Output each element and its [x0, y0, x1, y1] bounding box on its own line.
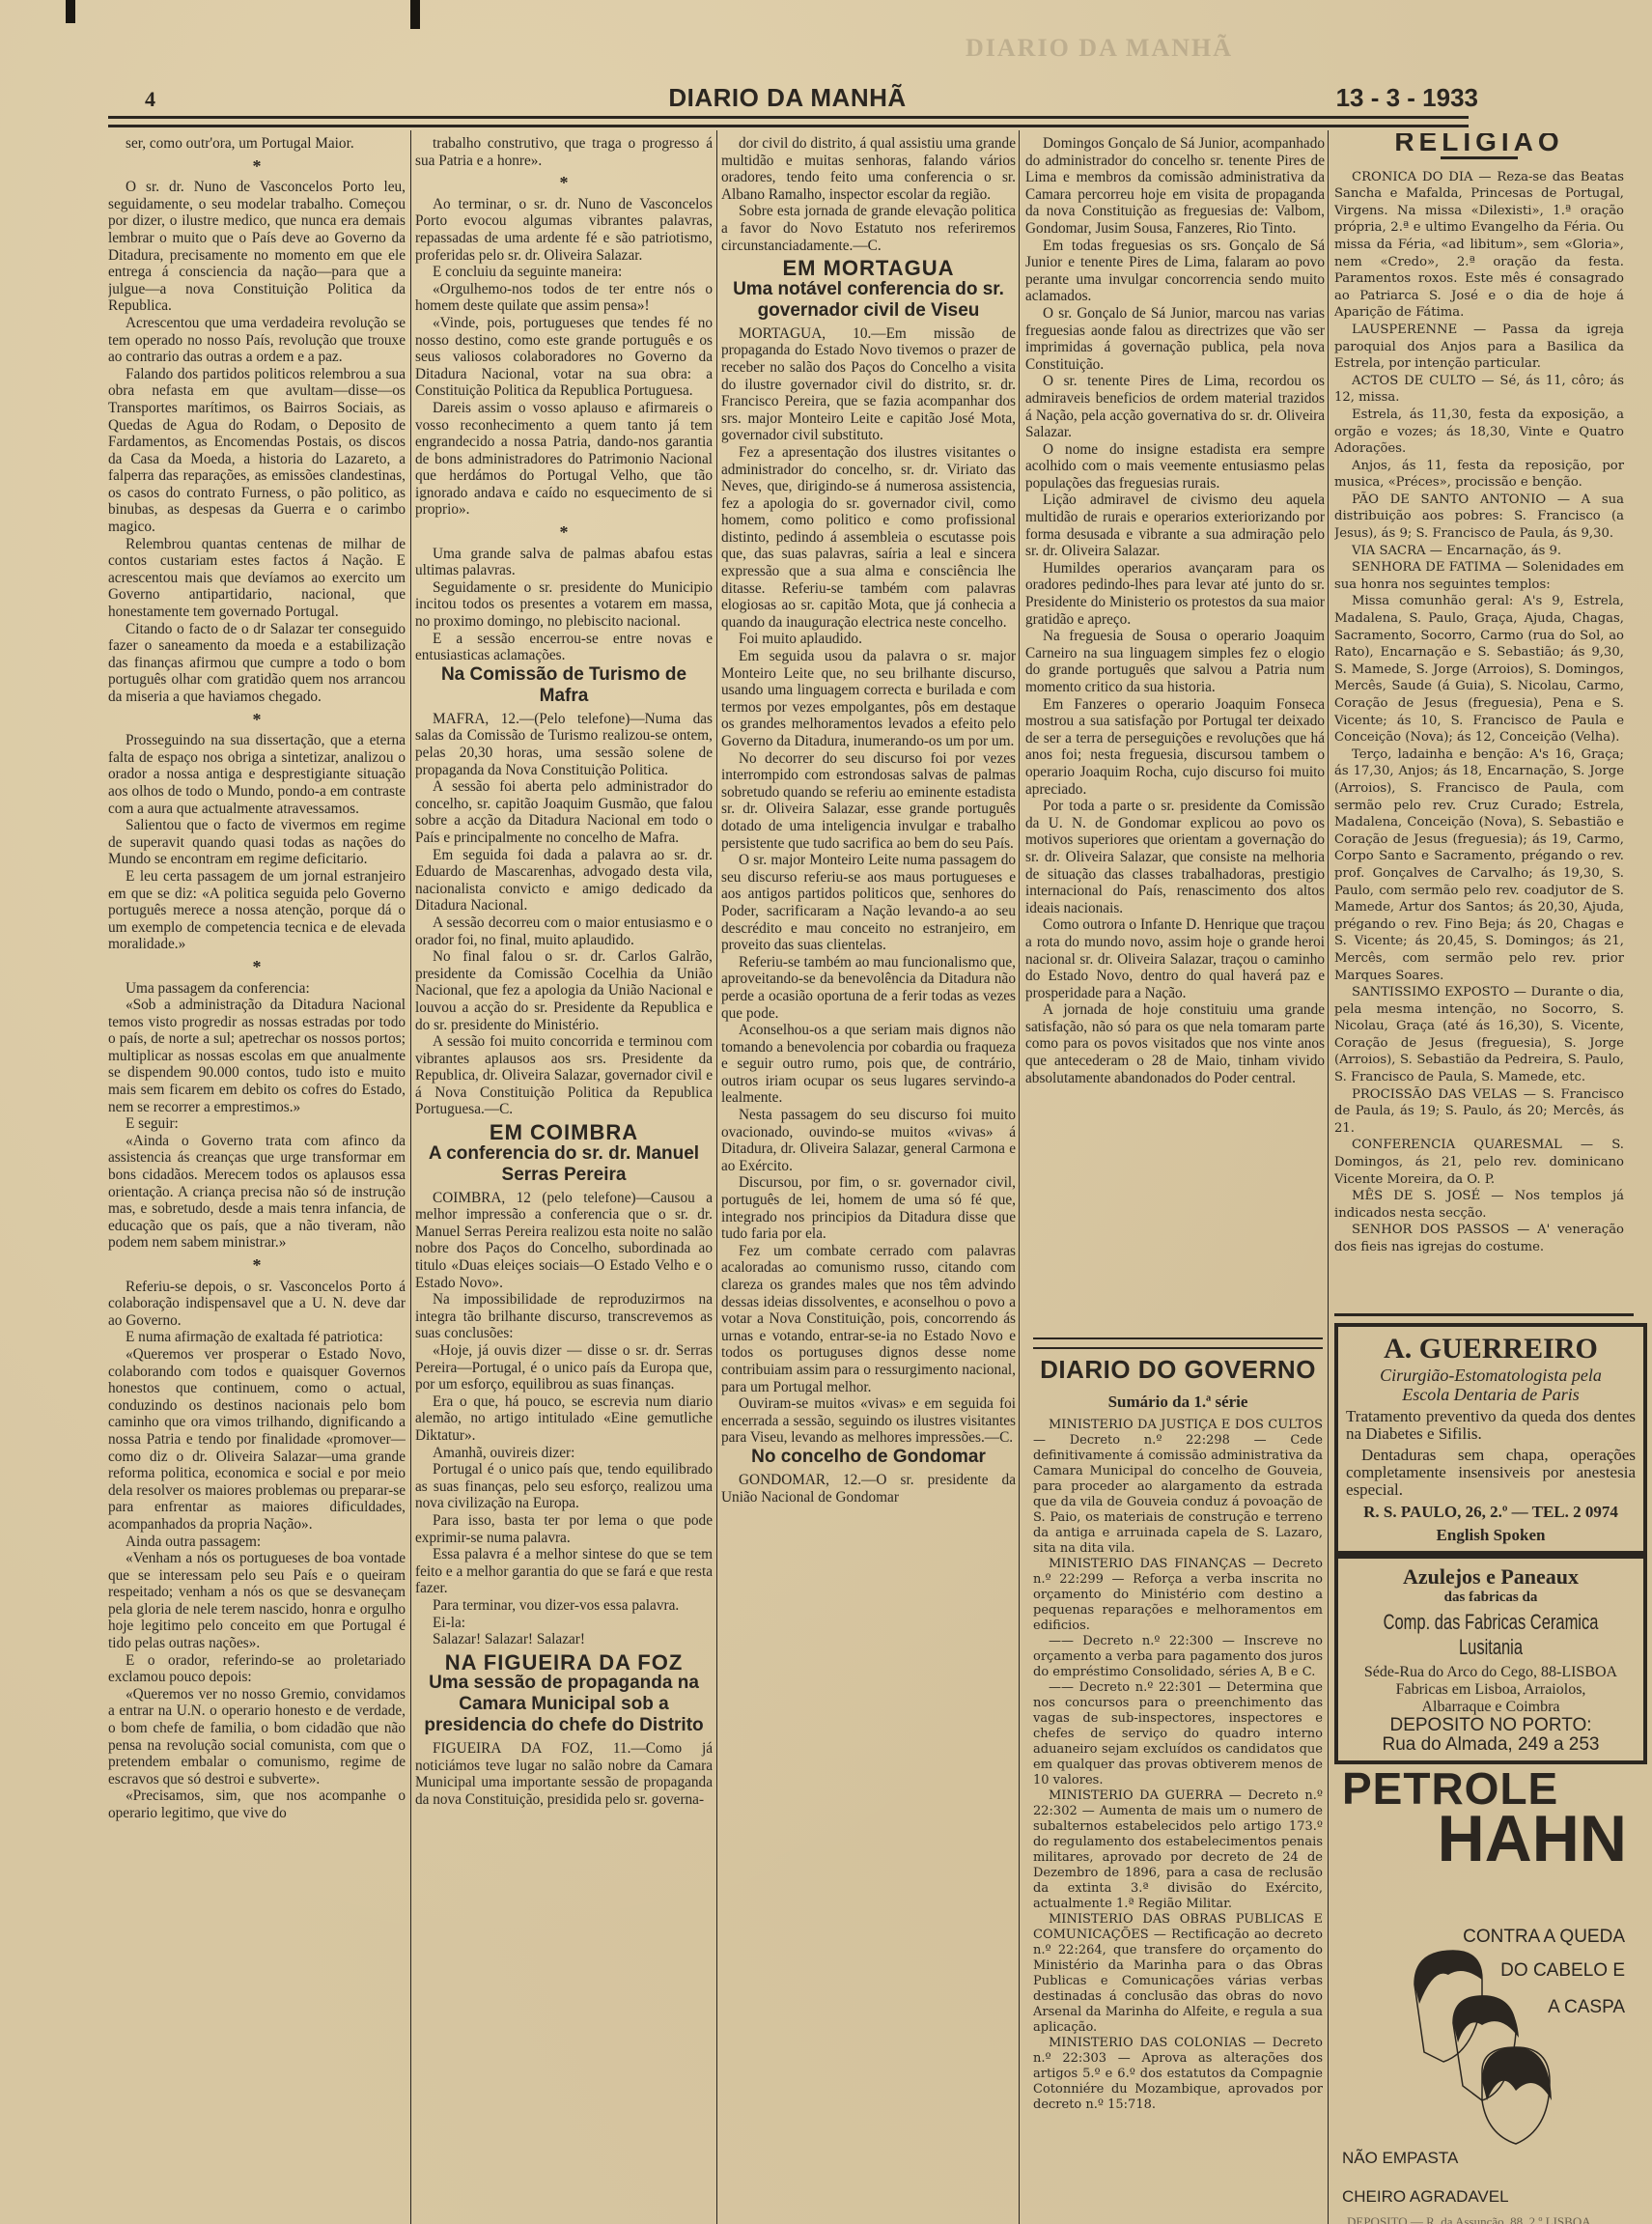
paragraph: Uma passagem da conferencia: [108, 980, 406, 998]
paragraph: No decorrer do seu discurso foi por veze… [721, 750, 1016, 853]
section-subtitle: Sumário da 1.ª série [1033, 1393, 1323, 1412]
column-divider [716, 130, 717, 2224]
paragraph: E o orador, referindo-se ao proletariado… [108, 1652, 406, 1686]
advertisement-azulejos: Azulejos e Paneaux das fabricas da Comp.… [1334, 1555, 1647, 1764]
paragraph: A sessão foi muito concorrida e terminou… [415, 1033, 713, 1118]
paragraph: Por toda a parte o sr. presidente da Com… [1025, 798, 1325, 916]
paragraph: «Sob a administração da Ditadura Naciona… [108, 997, 406, 1115]
section-heading: EM MORTAGUA [721, 260, 1016, 277]
paragraph: «Hoje, já ouvis dizer — disse o sr. dr. … [415, 1342, 713, 1394]
section-separator: * [108, 158, 406, 176]
heads-illustration-icon [1405, 1946, 1569, 2149]
paragraph: E concluiu da seguinte maneira: [415, 264, 713, 281]
article-column-3: dor civil do distrito, á qual assistiu u… [721, 135, 1016, 2221]
bleed-through-text: DIARIO DA MANHÃ [966, 34, 1233, 63]
decree-entry: MINISTERIO DA GUERRA — Decreto n.º 22:30… [1033, 1788, 1323, 1912]
religion-entry: VIA SACRA — Encarnação, ás 9. [1334, 543, 1624, 560]
paragraph: Em todas freguesias os srs. Gonçalo de S… [1025, 238, 1325, 305]
paragraph: Era o que, há pouco, se escrevia num dia… [415, 1394, 713, 1445]
decree-entry: MINISTERIO DAS FINANÇAS — Decreto n.º 22… [1033, 1557, 1323, 1634]
paragraph: «Queremos ver no nosso Gremio, convidamo… [108, 1686, 406, 1788]
paragraph: Foi muito aplaudido. [721, 631, 1016, 648]
ad-address: R. S. PAULO, 26, 2.º — TEL. 2 0974 [1346, 1503, 1636, 1522]
binding-mark [410, 0, 420, 29]
ad-address: Rua do Almada, 249 a 253 [1346, 1735, 1636, 1755]
religion-entry: CONFERENCIA QUARESMAL — S. Domingos, ás … [1334, 1137, 1624, 1188]
paragraph: trabalho construtivo, que traga o progre… [415, 135, 713, 169]
paragraph: O sr. major Monteiro Leite numa passagem… [721, 852, 1016, 954]
paragraph: Em Fanzeres o operario Joaquim Fonseca m… [1025, 696, 1325, 799]
paragraph: Essa palavra é a melhor sintese do que s… [415, 1546, 713, 1597]
paragraph: O sr. Gonçalo de Sá Junior, marcou nas v… [1025, 305, 1325, 373]
paragraph: ser, como outr'ora, um Portugal Maior. [108, 135, 406, 153]
paragraph: No final falou o sr. dr. Carlos Galrão, … [415, 948, 713, 1033]
paragraph: Na impossibilidade de reproduzirmos na i… [415, 1291, 713, 1342]
paragraph: A sessão foi aberta pelo administrador d… [415, 778, 713, 846]
paragraph: Nesta passagem do seu discurso foi muito… [721, 1107, 1016, 1174]
paragraph: Acrescentou que uma verdadeira revolução… [108, 315, 406, 366]
religion-entry: SENHOR DOS PASSOS — A' veneração dos fie… [1334, 1222, 1624, 1255]
religion-entry: Terço, ladainha e benção: A's 16, Graça;… [1334, 746, 1624, 984]
paragraph: dor civil do distrito, á qual assistiu u… [721, 135, 1016, 203]
paragraph: «Venham a nós os portugueses de boa vont… [108, 1550, 406, 1652]
religion-entry: Missa comunhão geral: A's 9, Estrela, Ma… [1334, 593, 1624, 746]
ad-rule [1334, 1313, 1634, 1316]
paragraph: «Vinde, pois, portugueses que tendes fé … [415, 315, 713, 400]
newspaper-title: DIARIO DA MANHÃ [97, 83, 1478, 113]
paragraph: Fez um combate cerrado com palavras acal… [721, 1243, 1016, 1395]
ad-title: Escola Dentaria de Paris [1346, 1385, 1636, 1404]
religion-entry: PROCISSÃO DAS VELAS — S. Francisco de Pa… [1334, 1086, 1624, 1138]
section-separator: * [108, 712, 406, 729]
ad-company: Comp. das Fabricas Ceramica Lusitania [1383, 1610, 1600, 1660]
paragraph: Citando o facto de o dr Salazar ter cons… [108, 621, 406, 706]
paragraph: Salazar! Salazar! Salazar! [415, 1631, 713, 1648]
paragraph: Lição admiravel de civismo deu aquela mu… [1025, 492, 1325, 559]
section-title: RELIGIÃO [1334, 133, 1624, 151]
article-headline: Na Comissão de Turismo de Mafra [415, 664, 713, 707]
paragraph: Referiu-se depois, o sr. Vasconcelos Por… [108, 1279, 406, 1330]
paragraph: Ao terminar, o sr. dr. Nuno de Vasconcel… [415, 196, 713, 264]
binding-mark [66, 0, 75, 23]
section-separator: * [415, 175, 713, 192]
decree-entry: MINISTERIO DAS COLONIAS — Decreto n.º 22… [1033, 2036, 1323, 2113]
religion-entry: Anjos, ás 11, festa da reposição, por mu… [1334, 458, 1624, 492]
religion-entry: LAUSPERENNE — Passa da igreja paroquial … [1334, 322, 1624, 373]
decree-entry: —— Decreto n.º 22:300 — Inscreve no orça… [1033, 1634, 1323, 1680]
paragraph: MORTAGUA, 10.—Em missão de propaganda do… [721, 325, 1016, 444]
article-headline: Uma sessão de propaganda na Camara Munic… [415, 1673, 713, 1736]
section-separator: * [108, 1257, 406, 1275]
paragraph: Fez a apresentação dos ilustres visitant… [721, 444, 1016, 632]
paragraph: Ouviram-se muitos «vivas» e em seguida f… [721, 1395, 1016, 1447]
paragraph: «Queremos ver prosperar o Estado Novo, c… [108, 1346, 406, 1534]
paragraph: Na freguesia de Sousa o operario Joaquim… [1025, 628, 1325, 695]
paragraph: COIMBRA, 12 (pelo telefone)—Causou a mel… [415, 1190, 713, 1292]
paragraph: Salientou que o facto de vivermos em reg… [108, 817, 406, 868]
paragraph: «Orgulhemo-nos todos de ter entre nós o … [415, 281, 713, 315]
paragraph: O sr. tenente Pires de Lima, recordou os… [1025, 373, 1325, 440]
paragraph: Domingos Gonçalo de Sá Junior, acompanha… [1025, 135, 1325, 238]
ad-feature: CHEIRO AGRADAVEL [1342, 2187, 1509, 2207]
paragraph: Referiu-se também ao mau funcionalismo q… [721, 954, 1016, 1022]
paragraph: O nome do insigne estadista era sempre a… [1025, 441, 1325, 493]
religion-entry: CRONICA DO DIA — Reza-se das Beatas Sanc… [1334, 169, 1624, 322]
section-heading: NA FIGUEIRA DA FOZ [415, 1654, 713, 1672]
ad-text: Tratamento preventivo da queda dos dente… [1346, 1408, 1636, 1443]
paragraph: Em seguida usou da palavra o sr. major M… [721, 648, 1016, 750]
article-column-1: ser, como outr'ora, um Portugal Maior.*O… [108, 135, 406, 2221]
ad-brand: HAHN [1438, 1801, 1627, 1876]
religion-entry: PÃO DE SANTO ANTONIO — A sua distribuiçã… [1334, 492, 1624, 543]
paragraph: GONDOMAR, 12.—O sr. presidente da União … [721, 1472, 1016, 1506]
religion-entry: SENHORA DE FATIMA — Solenidades em sua h… [1334, 559, 1624, 593]
paragraph: Amanhã, ouvireis dizer: [415, 1445, 713, 1462]
paragraph: Ei-la: [415, 1615, 713, 1632]
ad-text: Albarraque e Coimbra [1346, 1699, 1636, 1716]
article-column-4: Domingos Gonçalo de Sá Junior, acompanha… [1025, 135, 1325, 1323]
section-title: DIARIO DO GOVERNO [1033, 1355, 1323, 1385]
paragraph: Sobre esta jornada de grande elevação po… [721, 203, 1016, 254]
paragraph: Uma grande salva de palmas abafou estas … [415, 546, 713, 579]
article-headline: Uma notável conferencia do sr. governado… [721, 279, 1016, 322]
ad-text: Fabricas em Lisboa, Arraiolos, [1346, 1681, 1636, 1699]
paragraph: A jornada de hoje constituiu uma grande … [1025, 1001, 1325, 1086]
paragraph: Discursou, por fim, o sr. governador civ… [721, 1174, 1016, 1242]
ad-text: das fabricas da [1346, 1590, 1636, 1606]
paragraph: Prosseguindo na sua dissertação, que a e… [108, 732, 406, 817]
ad-headline: Azulejos e Paneaux [1346, 1564, 1636, 1590]
masthead-rule [108, 116, 1469, 127]
paragraph: Como outrora o Infante D. Henrique que t… [1025, 916, 1325, 1001]
column-divider [1019, 130, 1020, 2224]
column-divider [1328, 130, 1329, 2224]
paragraph: FIGUEIRA DA FOZ, 11.—Como já noticiámos … [415, 1740, 713, 1808]
paragraph: A sessão decorreu com o maior entusiasmo… [415, 915, 713, 948]
article-headline: A conferencia do sr. dr. Manuel Serras P… [415, 1143, 713, 1186]
religion-entry: Estrela, ás 11,30, festa da exposição, a… [1334, 407, 1624, 458]
ad-note: English Spoken [1346, 1526, 1636, 1545]
ad-deposit: DEPOSITO — R. da Assunção, 88, 2.º LISBO… [1347, 2214, 1591, 2224]
diario-do-governo-section: DIARIO DO GOVERNO Sumário da 1.ª série M… [1033, 1337, 1323, 2113]
religion-entry: MÊS DE S. JOSÉ — Nos templos já indicado… [1334, 1188, 1624, 1222]
ad-address: Séde-Rua do Arco do Cego, 88-LISBOA [1346, 1664, 1636, 1681]
issue-date: 13 - 3 - 1933 [1336, 83, 1478, 113]
decree-entry: MINISTERIO DAS OBRAS PUBLICAS E COMUNICA… [1033, 1912, 1323, 2036]
paragraph: E numa afirmação de exaltada fé patrioti… [108, 1329, 406, 1346]
ad-claim: CONTRA A QUEDA [1463, 1927, 1625, 1948]
section-body: CRONICA DO DIA — Reza-se das Beatas Sanc… [1334, 169, 1624, 1256]
paragraph: Dareis assim o vosso aplauso e afirmarei… [415, 400, 713, 519]
religion-entry: ACTOS DE CULTO — Sé, ás 11, côro; ás 12,… [1334, 373, 1624, 407]
decree-entry: MINISTERIO DA JUSTIÇA E DOS CULTOS — Dec… [1033, 1418, 1323, 1557]
ad-title: Cirurgião-Estomatologista pela [1346, 1365, 1636, 1385]
article-column-2: trabalho construtivo, que traga o progre… [415, 135, 713, 2221]
paragraph: Portugal é o unico país que, tendo equil… [415, 1461, 713, 1512]
paragraph: Falando dos partidos politicos relembrou… [108, 366, 406, 536]
ad-text: Dentaduras sem chapa, operações completa… [1346, 1447, 1636, 1499]
religion-entry: SANTISSIMO EXPOSTO — Durante o dia, pela… [1334, 984, 1624, 1086]
section-body: MINISTERIO DA JUSTIÇA E DOS CULTOS — Dec… [1033, 1418, 1323, 2113]
paragraph: E leu certa passagem de um jornal estran… [108, 868, 406, 953]
paragraph: MAFRA, 12.—(Pelo telefone)—Numa das sala… [415, 711, 713, 778]
ad-text: DEPOSITO NO PORTO: [1346, 1716, 1636, 1735]
column-divider [410, 130, 411, 2224]
paragraph: Ainda outra passagem: [108, 1534, 406, 1551]
paragraph: E seguir: [108, 1115, 406, 1133]
paragraph: Aconselhou-os a que seriam mais dignos n… [721, 1022, 1016, 1107]
decree-entry: —— Decreto n.º 22:301 — Determina que no… [1033, 1680, 1323, 1788]
paragraph: Relembrou quantas centenas de milhar de … [108, 536, 406, 621]
section-heading: EM COIMBRA [415, 1124, 713, 1141]
ad-name: A. GUERREIRO [1346, 1333, 1636, 1365]
section-separator: * [415, 524, 713, 542]
advertisement-guerreiro: A. GUERREIRO Cirurgião-Estomatologista p… [1334, 1323, 1647, 1555]
paragraph: «Ainda o Governo trata com afinco da ass… [108, 1133, 406, 1252]
paragraph: Seguidamente o sr. presidente do Municip… [415, 579, 713, 631]
decorative-rule [1033, 1337, 1323, 1349]
article-headline: No concelho de Gondomar [721, 1447, 1016, 1468]
paragraph: Para terminar, vou dizer-vos essa palavr… [415, 1597, 713, 1615]
paragraph: Em seguida foi dada a palavra ao sr. dr.… [415, 847, 713, 915]
ad-feature: NÃO EMPASTA [1342, 2149, 1458, 2168]
religiao-section: RELIGIÃO CRONICA DO DIA — Reza-se das Be… [1334, 133, 1624, 1311]
title-underline [1441, 156, 1518, 159]
paragraph: Para isso, basta ter por lema o que pode… [415, 1512, 713, 1546]
paragraph: Humildes operarios avançaram para os ora… [1025, 560, 1325, 628]
section-separator: * [108, 959, 406, 976]
paragraph: O sr. dr. Nuno de Vasconcelos Porto leu,… [108, 179, 406, 315]
advertisement-petrole-hahn: PETROLE HAHN CONTRA A QUEDA DO CABELO E … [1337, 1753, 1627, 2216]
paragraph: E a sessão encerrou-se entre novas e ent… [415, 631, 713, 664]
paragraph: «Precisamos, sim, que nos acompanhe o op… [108, 1788, 406, 1821]
